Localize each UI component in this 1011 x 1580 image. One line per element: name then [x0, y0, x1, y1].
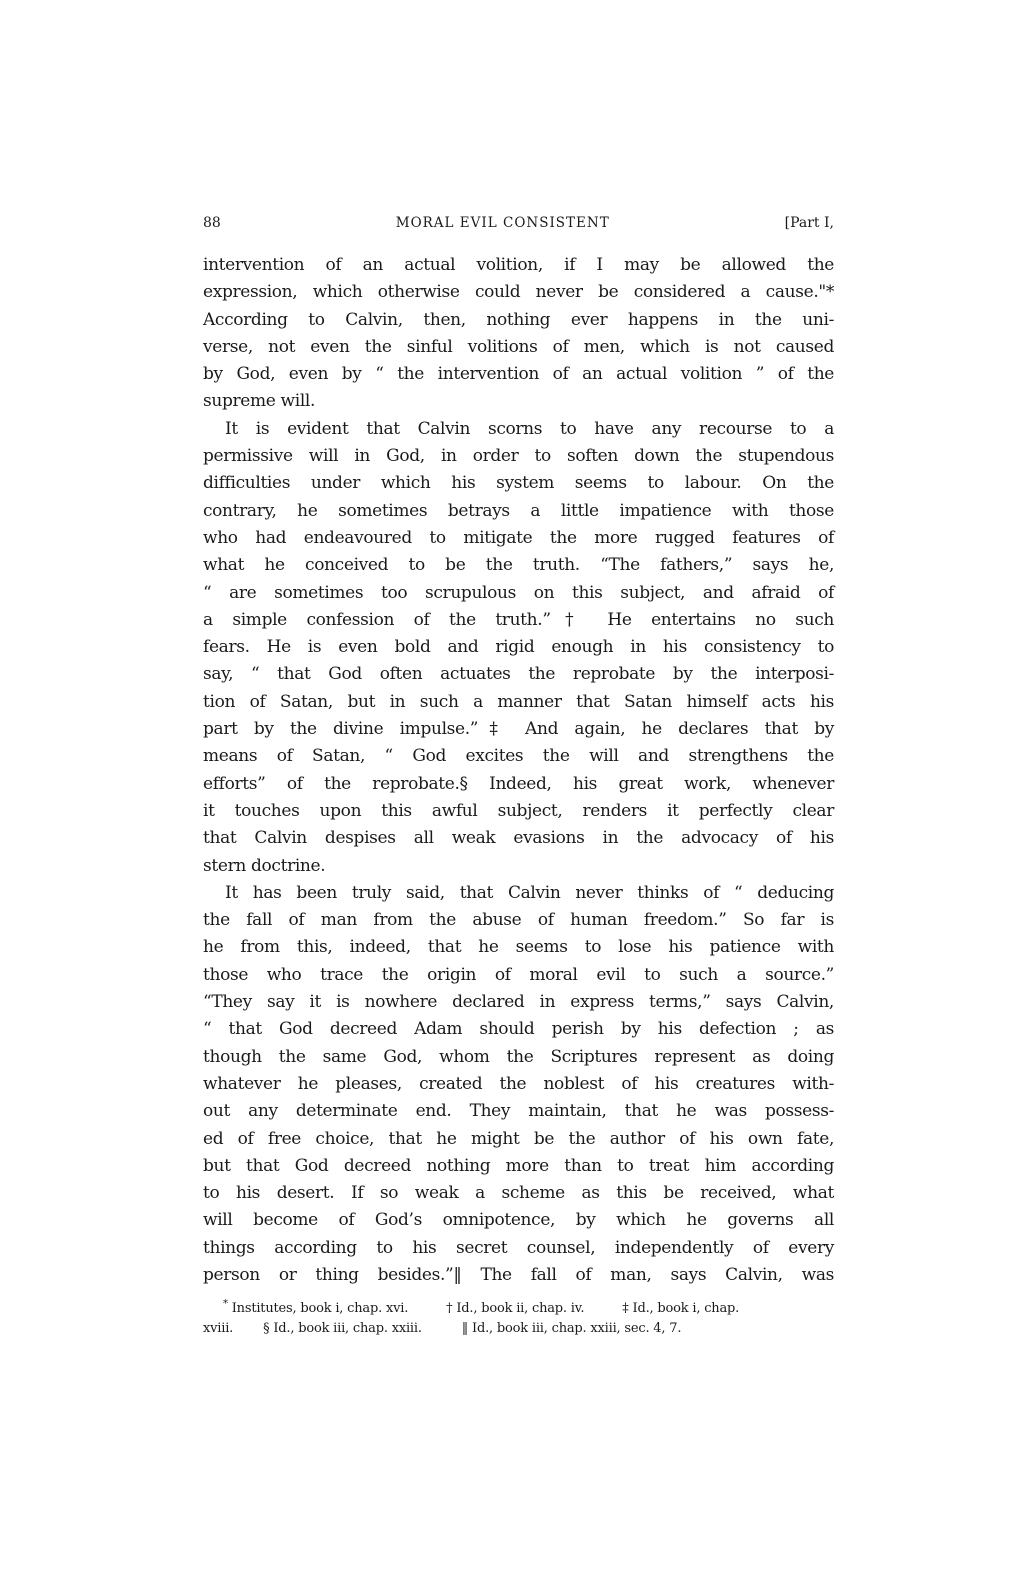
text-line: a simple confession of the truth.”† He e… — [203, 607, 834, 634]
text-line: it touches upon this awful subject, rend… — [203, 798, 834, 825]
text-line: will become of God’s omnipotence, by whi… — [203, 1207, 834, 1234]
text-line: stern doctrine. — [203, 853, 834, 880]
text-line: verse, not even the sinful volitions of … — [203, 334, 834, 361]
paragraph-3: It has been truly said, that Calvin neve… — [203, 880, 834, 1289]
text-line: out any determinate end. They maintain, … — [203, 1098, 834, 1125]
text-line: expression, which otherwise could never … — [203, 279, 834, 306]
footnote-mark: * — [223, 1299, 228, 1310]
text-line: According to Calvin, then, nothing ever … — [203, 307, 834, 334]
footnote-mark: ‡ — [622, 1301, 628, 1316]
chapter-title: MORAL EVIL CONSISTENT — [396, 210, 610, 236]
footnote-mark: † — [446, 1301, 452, 1316]
text-line: difficulties under which his system seem… — [203, 470, 834, 497]
text-line: supreme will. — [203, 388, 834, 415]
text-line: It has been truly said, that Calvin neve… — [203, 880, 834, 907]
text-line: things according to his secret counsel, … — [203, 1235, 834, 1262]
body-text: intervention of an actual volition, if I… — [203, 252, 834, 1289]
text-line: It is evident that Calvin scorns to have… — [203, 416, 834, 443]
paragraph-1: intervention of an actual volition, if I… — [203, 252, 834, 416]
part-label: [Part I, — [785, 210, 834, 236]
text-line: ed of free choice, that he might be the … — [203, 1126, 834, 1153]
text-line: contrary, he sometimes betrays a little … — [203, 498, 834, 525]
text-line: what he conceived to be the truth. “The … — [203, 552, 834, 579]
paragraph-2: It is evident that Calvin scorns to have… — [203, 416, 834, 880]
footnote: † Id., book ii, chap. iv. — [446, 1299, 584, 1319]
text-line: “ are sometimes too scrupulous on this s… — [203, 580, 834, 607]
footnote-text: Id., book i, chap. — [633, 1301, 740, 1316]
running-head: 88 MORAL EVIL CONSISTENT [Part I, — [203, 210, 834, 236]
footnote-mark: ‖ — [462, 1321, 468, 1336]
text-line: “They say it is nowhere declared in expr… — [203, 989, 834, 1016]
text-line: he from this, indeed, that he seems to l… — [203, 934, 834, 961]
footnote-text: Id., book iii, chap. xxiii, sec. 4, 7. — [472, 1321, 681, 1336]
footnote: * Institutes, book i, chap. xvi. — [223, 1299, 408, 1319]
text-line: though the same God, whom the Scriptures… — [203, 1044, 834, 1071]
text-line: who had endeavoured to mitigate the more… — [203, 525, 834, 552]
text-line: means of Satan, “ God excites the will a… — [203, 743, 834, 770]
text-line: person or thing besides.”‖ The fall of m… — [203, 1262, 834, 1289]
text-line: say, “ that God often actuates the repro… — [203, 661, 834, 688]
text-line: that Calvin despises all weak evasions i… — [203, 825, 834, 852]
footnote: ‡ Id., book i, chap. — [622, 1299, 739, 1319]
footnote-text: Institutes, book i, chap. xvi. — [232, 1301, 408, 1316]
text-line: efforts” of the reprobate.§ Indeed, his … — [203, 771, 834, 798]
text-line: fears. He is even bold and rigid enough … — [203, 634, 834, 661]
footnote-mark: § — [263, 1321, 269, 1336]
text-line: intervention of an actual volition, if I… — [203, 252, 834, 279]
footnote: ‖ Id., book iii, chap. xxiii, sec. 4, 7. — [462, 1319, 681, 1339]
footnotes: * Institutes, book i, chap. xvi. † Id., … — [203, 1299, 834, 1339]
footnote-text: Id., book iii, chap. xxiii. — [273, 1321, 421, 1336]
text-line: whatever he pleases, created the noblest… — [203, 1071, 834, 1098]
page-number: 88 — [203, 210, 221, 236]
text-line: those who trace the origin of moral evil… — [203, 962, 834, 989]
text-line: part by the divine impulse.”‡ And again,… — [203, 716, 834, 743]
text-line: by God, even by “ the intervention of an… — [203, 361, 834, 388]
text-line: “ that God decreed Adam should perish by… — [203, 1016, 834, 1043]
footnote-line: xviii. § Id., book iii, chap. xxiii. ‖ I… — [203, 1319, 834, 1339]
text-line: tion of Satan, but in such a manner that… — [203, 689, 834, 716]
text-line: the fall of man from the abuse of human … — [203, 907, 834, 934]
footnote-text: Id., book ii, chap. iv. — [456, 1301, 584, 1316]
footnote-continuation: xviii. — [203, 1319, 233, 1339]
footnote: § Id., book iii, chap. xxiii. — [263, 1319, 422, 1339]
text-line: to his desert. If so weak a scheme as th… — [203, 1180, 834, 1207]
text-line: permissive will in God, in order to soft… — [203, 443, 834, 470]
footnote-line: * Institutes, book i, chap. xvi. † Id., … — [203, 1299, 834, 1319]
text-line: but that God decreed nothing more than t… — [203, 1153, 834, 1180]
book-page: 88 MORAL EVIL CONSISTENT [Part I, interv… — [203, 210, 834, 1339]
